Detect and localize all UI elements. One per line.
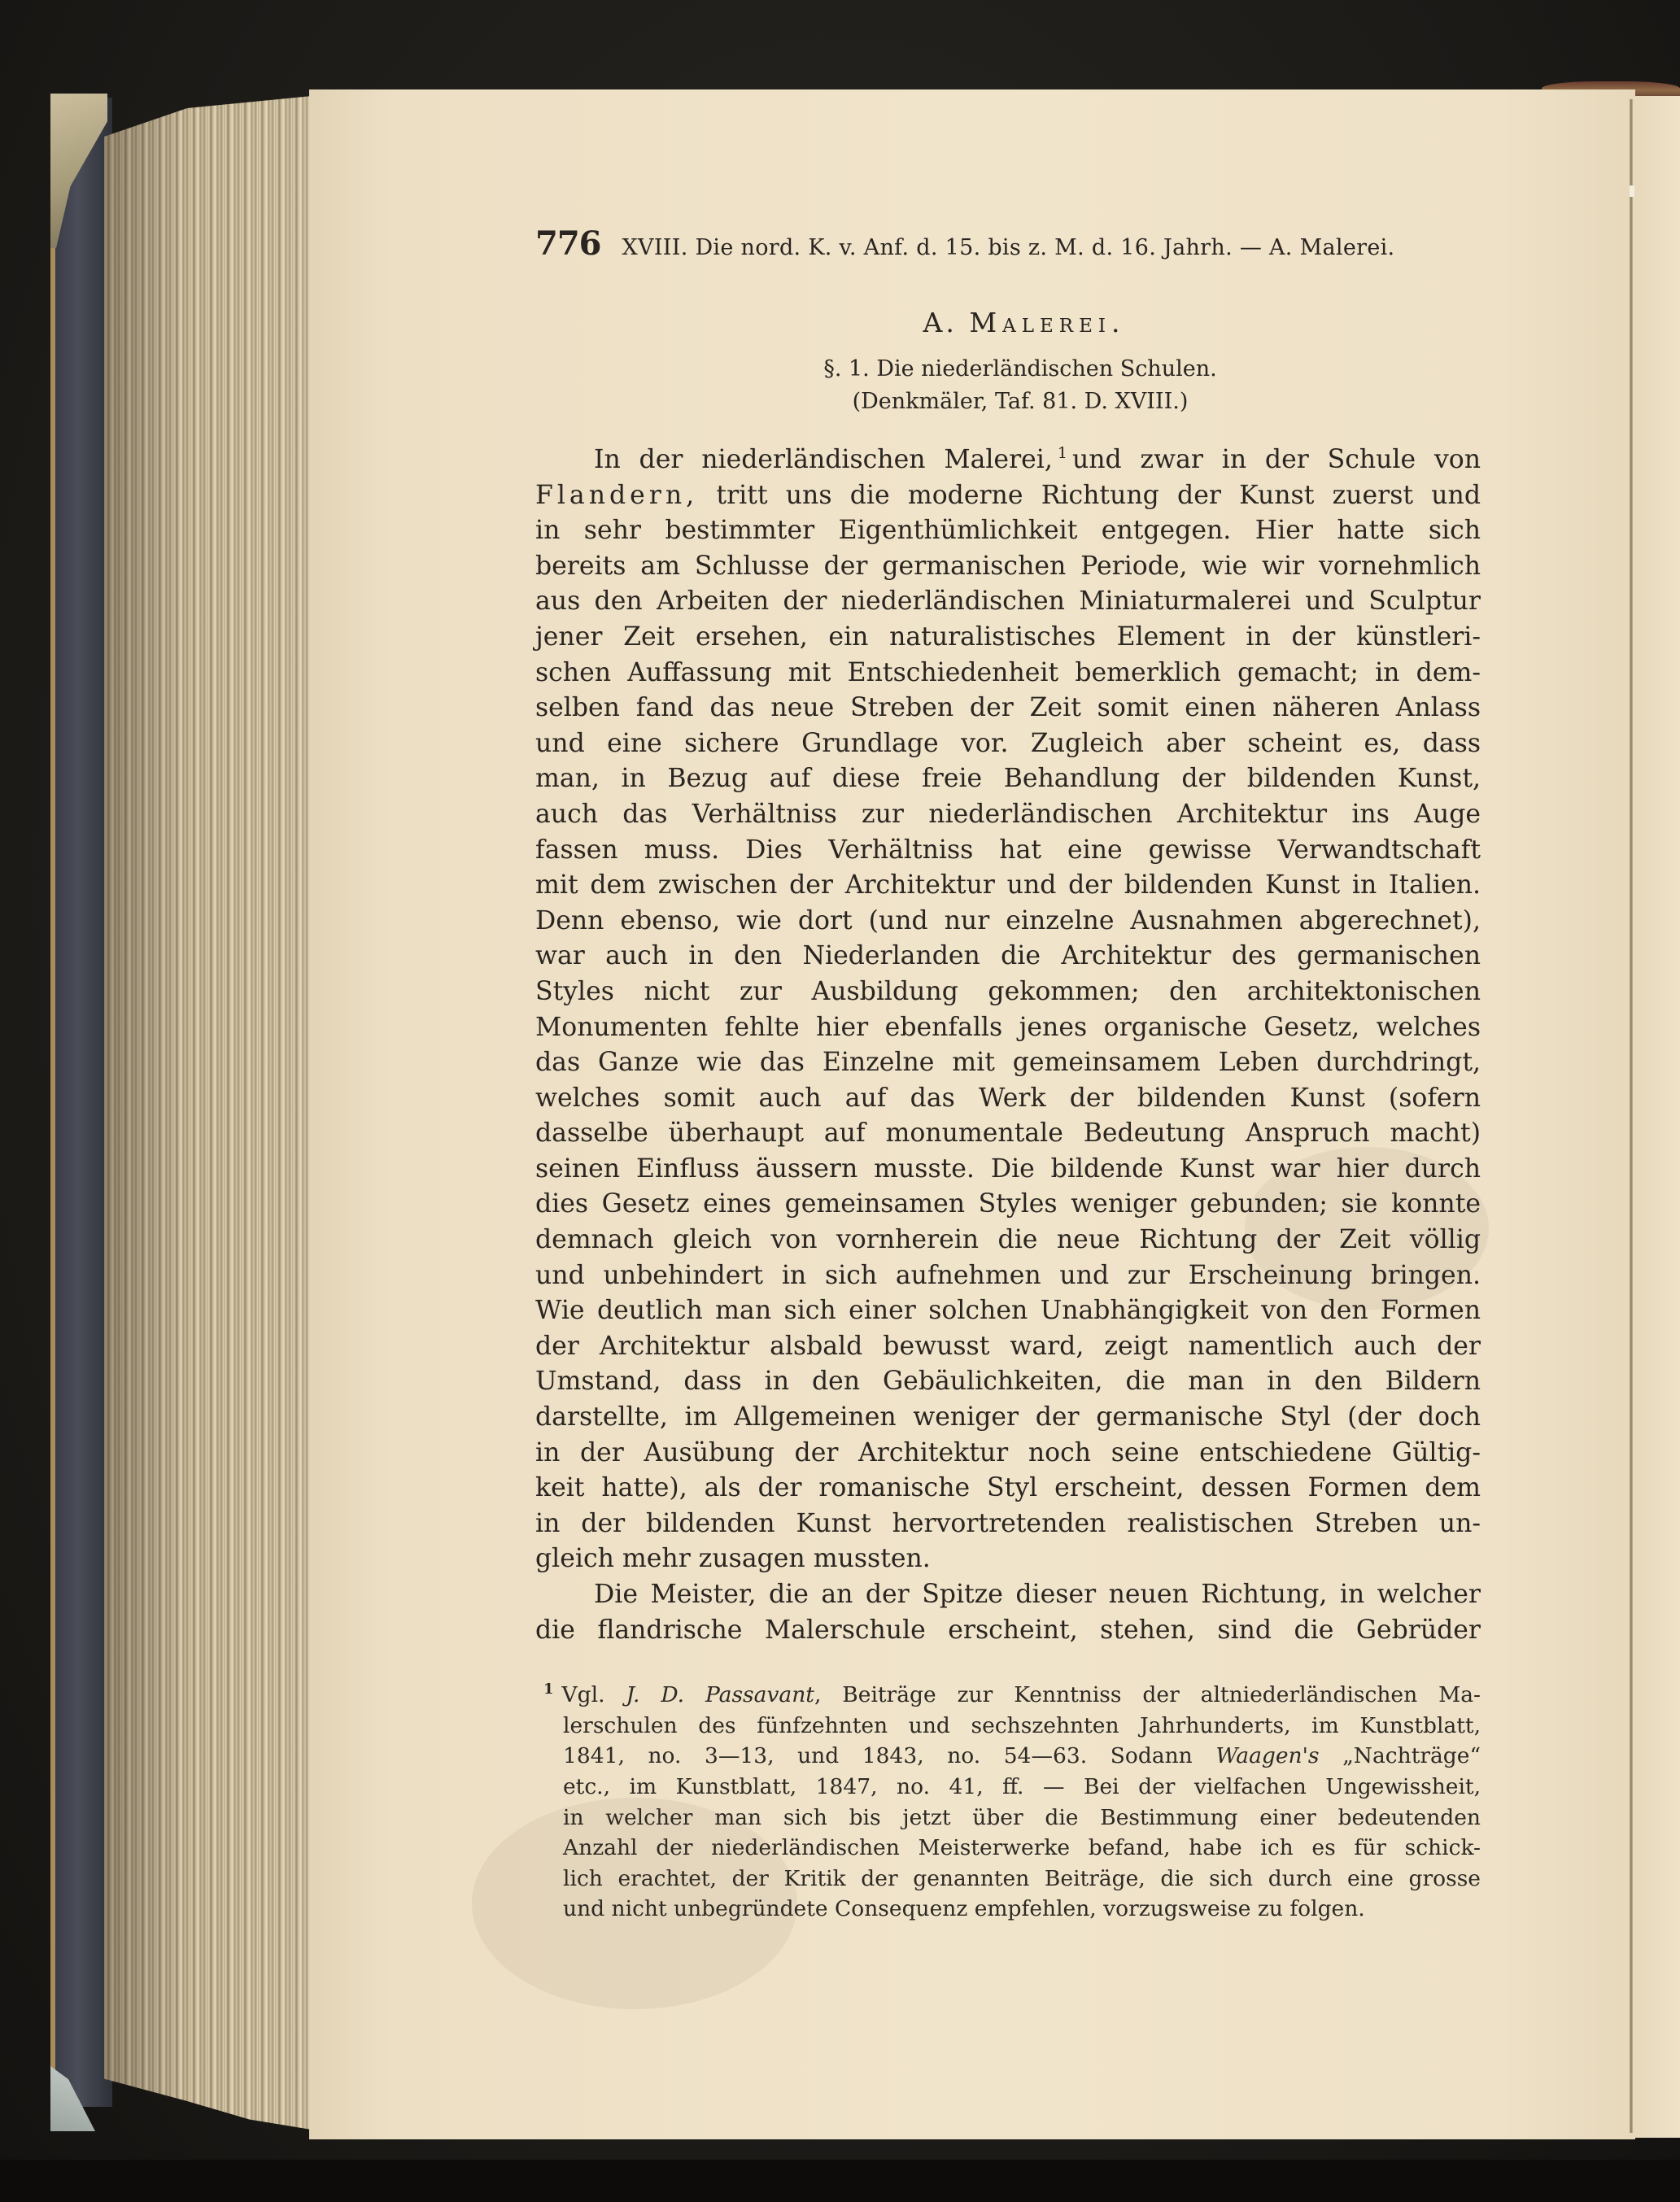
body-line: jener Zeit ersehen, ein naturalistisches… [535, 620, 1481, 656]
body-text: In der niederländischen Malerei,1und zwa… [535, 436, 1481, 1648]
body-line-text: In der niederländischen Malerei, [594, 445, 1053, 474]
emphasized-place-name: Flandern, [535, 481, 698, 510]
body-line-text: jener Zeit ersehen, ein naturalistisches… [535, 622, 1481, 652]
subsection-header: §. 1. Die niederländischen Schulen. (Den… [535, 353, 1481, 418]
footnote-line: Anzahl der niederländischen Meisterwerke… [563, 1833, 1481, 1864]
body-line: Denn ebenso, wie dort (und nur einzelne … [535, 904, 1481, 940]
body-line-text: auch das Verhältniss zur niederländische… [535, 800, 1481, 829]
body-line: Styles nicht zur Ausbildung gekommen; de… [535, 975, 1481, 1010]
body-line-text: und zwar in der Schule von [1072, 445, 1481, 474]
body-line-text: war auch in den Niederlanden die Archite… [535, 941, 1481, 970]
body-line: Flandern, tritt uns die moderne Richtung… [535, 478, 1481, 514]
body-line: aus den Arbeiten der niederländischen Mi… [535, 584, 1481, 620]
body-line-text: Die Meister, die an der Spitze dieser ne… [594, 1580, 1481, 1609]
body-line-text: Wie deutlich man sich einer solchen Unab… [535, 1296, 1481, 1325]
footnote: 1Vgl. J. D. Passavant, Beiträge zur Kenn… [563, 1674, 1481, 1925]
body-line: gleich mehr zusagen mussten. [535, 1541, 1481, 1577]
body-line: In der niederländischen Malerei,1und zwa… [535, 436, 1481, 478]
body-line-text: und unbehindert in sich aufnehmen und zu… [535, 1261, 1481, 1290]
body-line: dasselbe überhaupt auf monumentale Bedeu… [535, 1116, 1481, 1152]
footnote-line: lerschulen des fünfzehnten und sechszehn… [563, 1711, 1481, 1742]
body-line: fassen muss. Dies Verhältniss hat eine g… [535, 833, 1481, 869]
body-line-text: bereits am Schlusse der germanischen Per… [535, 552, 1481, 581]
cited-author: Waagen's [1215, 1743, 1319, 1768]
section-title: A. Malerei. [535, 307, 1481, 338]
subsection-reference: (Denkmäler, Taf. 81. D. XVIII.) [560, 386, 1481, 418]
footnote-line: lich erachtet, der Kritik der genannten … [563, 1864, 1481, 1895]
body-line: auch das Verhältniss zur niederländische… [535, 797, 1481, 833]
body-line: keit hatte), als der romanische Styl ers… [535, 1471, 1481, 1507]
body-line: Wie deutlich man sich einer solchen Unab… [535, 1293, 1481, 1329]
footnote-text: Vgl. [562, 1682, 626, 1707]
body-line: in sehr bestimmter Eigenthümlichkeit ent… [535, 513, 1481, 549]
body-line: seinen Einfluss äussern musste. Die bild… [535, 1152, 1481, 1188]
footnote-text: lich erachtet, der Kritik der genannten … [563, 1866, 1481, 1891]
body-line-text: darstellte, im Allgemeinen weniger der g… [535, 1402, 1481, 1432]
body-line: in der bildenden Kunst hervortretenden r… [535, 1507, 1481, 1542]
footnote-line: in welcher man sich bis jetzt über die B… [563, 1803, 1481, 1834]
table-shadow [0, 2160, 1680, 2202]
footnote-marker: 1 [543, 1681, 554, 1698]
body-line-text: Styles nicht zur Ausbildung gekommen; de… [535, 977, 1481, 1006]
section-title-prefix: A. [923, 307, 958, 338]
body-line: in der Ausübung der Architektur noch sei… [535, 1436, 1481, 1472]
body-line-text: aus den Arbeiten der niederländischen Mi… [535, 586, 1481, 616]
running-head: 776 XVIII. Die nord. K. v. Anf. d. 15. b… [535, 225, 1481, 263]
body-line: Umstand, dass in den Gebäulichkeiten, di… [535, 1364, 1481, 1400]
body-line-text: in der Ausübung der Architektur noch sei… [535, 1438, 1481, 1467]
body-line: demnach gleich von vornherein die neue R… [535, 1223, 1481, 1258]
book-cover-left [50, 98, 112, 2107]
footnote-text: 1841, no. 3—13, und 1843, no. 54—63. Sod… [563, 1743, 1215, 1768]
footnote-line: 1841, no. 3—13, und 1843, no. 54—63. Sod… [563, 1741, 1481, 1772]
body-line-text: man, in Bezug auf diese freie Behandlung… [535, 764, 1481, 793]
footnote-text: , Beiträge zur Kenntniss der altniederlä… [814, 1682, 1481, 1707]
body-line: und eine sichere Grundlage vor. Zugleich… [535, 726, 1481, 762]
body-line: Monumenten fehlte hier ebenfalls jenes o… [535, 1010, 1481, 1046]
page-number: 776 [535, 225, 601, 263]
body-line-text: Umstand, dass in den Gebäulichkeiten, di… [535, 1367, 1481, 1396]
paper-tab [1630, 185, 1634, 197]
body-line-text: der Architektur alsbald bewusst ward, ze… [535, 1332, 1481, 1361]
body-line: mit dem zwischen der Architektur und der… [535, 868, 1481, 904]
body-line: dies Gesetz eines gemeinsamen Styles wen… [535, 1187, 1481, 1223]
footnote-text: lerschulen des fünfzehnten und sechszehn… [563, 1713, 1481, 1738]
subsection-heading: §. 1. Die niederländischen Schulen. [560, 353, 1481, 386]
body-line-text: schen Auffassung mit Entschiedenheit bem… [535, 658, 1481, 687]
text-column: 776 XVIII. Die nord. K. v. Anf. d. 15. b… [535, 225, 1481, 1925]
section-title-text: Malerei. [969, 307, 1125, 338]
body-line: der Architektur alsbald bewusst ward, ze… [535, 1329, 1481, 1365]
body-line: welches somit auch auf das Werk der bild… [535, 1081, 1481, 1117]
body-line-text: seinen Einfluss äussern musste. Die bild… [535, 1154, 1481, 1184]
footnote-line: 1Vgl. J. D. Passavant, Beiträge zur Kenn… [543, 1674, 1481, 1711]
page-gutter [1630, 99, 1633, 2133]
footnote-line: etc., im Kunstblatt, 1847, no. 41, ff. —… [563, 1772, 1481, 1803]
running-head-title: XVIII. Die nord. K. v. Anf. d. 15. bis z… [622, 235, 1395, 260]
page-stack-shade [104, 96, 312, 2130]
body-line-text: das Ganze wie das Einzelne mit gemeinsam… [535, 1048, 1481, 1077]
body-line-text: dasselbe überhaupt auf monumentale Bedeu… [535, 1118, 1481, 1148]
body-line: man, in Bezug auf diese freie Behandlung… [535, 761, 1481, 797]
footnote-text: und nicht unbegründete Consequenz empfeh… [563, 1896, 1365, 1921]
body-line-text: dies Gesetz eines gemeinsamen Styles wen… [535, 1189, 1481, 1219]
body-line-text: welches somit auch auf das Werk der bild… [535, 1084, 1481, 1113]
body-line: war auch in den Niederlanden die Archite… [535, 939, 1481, 975]
body-line-text: demnach gleich von vornherein die neue R… [535, 1225, 1481, 1254]
footnote-line: und nicht unbegründete Consequenz empfeh… [563, 1894, 1481, 1925]
body-line: das Ganze wie das Einzelne mit gemeinsam… [535, 1045, 1481, 1081]
body-line-text: Denn ebenso, wie dort (und nur einzelne … [535, 906, 1481, 935]
body-line-text: gleich mehr zusagen mussten. [535, 1544, 931, 1573]
body-line-text: selben fand das neue Streben der Zeit so… [535, 693, 1481, 722]
body-line-text: tritt uns die moderne Richtung der Kunst… [698, 481, 1481, 510]
body-line-text: in sehr bestimmter Eigenthümlichkeit ent… [535, 516, 1481, 545]
body-line: selben fand das neue Streben der Zeit so… [535, 691, 1481, 726]
footnote-text: Anzahl der niederländischen Meisterwerke… [563, 1835, 1481, 1860]
body-line-text: Monumenten fehlte hier ebenfalls jenes o… [535, 1013, 1481, 1042]
body-line: die flandrische Malerschule erscheint, s… [535, 1613, 1481, 1649]
body-line: und unbehindert in sich aufnehmen und zu… [535, 1258, 1481, 1294]
footnote-text: „Nachträge“ [1319, 1743, 1481, 1768]
body-line-text: keit hatte), als der romanische Styl ers… [535, 1473, 1481, 1502]
body-line: schen Auffassung mit Entschiedenheit bem… [535, 656, 1481, 691]
body-line: Die Meister, die an der Spitze dieser ne… [535, 1577, 1481, 1613]
body-line: bereits am Schlusse der germanischen Per… [535, 549, 1481, 585]
body-line-text: fassen muss. Dies Verhältniss hat eine g… [535, 835, 1481, 865]
body-line-text: mit dem zwischen der Architektur und der… [535, 870, 1481, 900]
cited-author: J. D. Passavant [626, 1682, 814, 1707]
footnote-reference: 1 [1058, 444, 1067, 462]
facing-page-edge [1633, 96, 1680, 2138]
footnote-text: etc., im Kunstblatt, 1847, no. 41, ff. —… [563, 1774, 1481, 1799]
body-line-text: in der bildenden Kunst hervortretenden r… [535, 1509, 1481, 1538]
footnote-text: in welcher man sich bis jetzt über die B… [563, 1805, 1481, 1830]
body-line: darstellte, im Allgemeinen weniger der g… [535, 1400, 1481, 1436]
body-line-text: und eine sichere Grundlage vor. Zugleich… [535, 729, 1481, 758]
body-line-text: die flandrische Malerschule erscheint, s… [535, 1616, 1481, 1645]
